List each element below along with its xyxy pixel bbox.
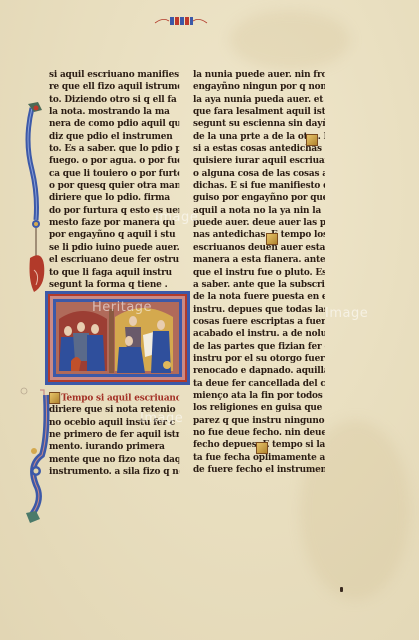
text-line: por engayñno q aquil i stu bbox=[49, 229, 179, 241]
catchword-ornament-icon bbox=[153, 15, 209, 27]
text-line: ne primero de fer aquil istru bbox=[49, 429, 179, 441]
text-line: diriere que si nota retenio bbox=[49, 404, 179, 416]
left-column-text: si aquil escriuano manifiesta re que ell… bbox=[49, 69, 189, 291]
ink-speck bbox=[340, 587, 343, 592]
text-line: instru por el su otorgo fuere bbox=[193, 353, 325, 365]
text-line: nas antedichas. E tempo los bbox=[193, 229, 325, 241]
text-line: aquil a nota no la ya nin la bbox=[193, 205, 325, 217]
paper-stain bbox=[230, 10, 350, 70]
text-line: que el instru fue o pluto. Es bbox=[193, 267, 325, 279]
marginal-vine-lower-icon bbox=[18, 385, 50, 530]
text-line: to que li faga aquil instru bbox=[49, 267, 179, 279]
text-line: o por quesq quier otra mana bbox=[49, 180, 179, 192]
text-line: parez q que instru ninguno bbox=[193, 415, 325, 427]
text-line: puede auer. deue auer las pe bbox=[193, 217, 325, 229]
text-line: guiso por engayñno por que bbox=[193, 192, 325, 204]
text-line: instrumento. a sila fizo q nola bbox=[49, 466, 179, 478]
text-line: de fuere fecho el instrumento bbox=[193, 464, 325, 476]
text-line: diz que pdio el instrumen bbox=[49, 131, 179, 143]
manuscript-page: si aquil escriuano manifiesta re que ell… bbox=[0, 0, 419, 640]
text-line: nera de como pdio aquil qu bbox=[49, 118, 179, 130]
text-line: acabado el instru. a de nolunta bbox=[193, 328, 325, 340]
text-line: engayñno ningun por q non bbox=[193, 81, 325, 93]
text-line: ta deue fer cancellada del co bbox=[193, 378, 325, 390]
text-line: la nunia puede auer. nin fro bbox=[193, 69, 325, 81]
gilded-initial-icon bbox=[266, 233, 278, 245]
text-line: escriuanos deuen auer esta bbox=[193, 242, 325, 254]
text-line: ca que li touiero o por furto. bbox=[49, 168, 179, 180]
gilded-initial-icon bbox=[49, 392, 60, 404]
text-line: instru. depues que todas las bbox=[193, 304, 325, 316]
text-line: se li pdio iuino puede auer. bbox=[49, 242, 179, 254]
text-line: re que ell fizo aquil istrume bbox=[49, 81, 179, 93]
text-line: fuego. o por agua. o por fuer bbox=[49, 155, 179, 167]
text-line: no fue deue fecho. nin deue f bbox=[193, 427, 325, 439]
gilded-initial-icon bbox=[306, 134, 318, 146]
text-line: que fara lesalment aquil isto bbox=[193, 106, 325, 118]
gilded-initial-icon bbox=[256, 442, 268, 454]
right-column-text: la nunia puede auer. nin fro engayñno ni… bbox=[193, 69, 335, 476]
text-line: mesto faze por manera qu bbox=[49, 217, 179, 229]
text-line: no ocebio aquil instu fer c bbox=[49, 417, 179, 429]
text-line: mente que no fizo nota daqil bbox=[49, 454, 179, 466]
rubric-text: Tempo si aquil escriuano bbox=[61, 393, 179, 404]
text-line: de las partes que fizian fer el bbox=[193, 341, 325, 353]
text-line: la aya nunia pueda auer. et bbox=[193, 94, 325, 106]
marginal-vine-upper-icon bbox=[22, 100, 50, 295]
text-line: si aquil escriuano manifiesta bbox=[49, 69, 179, 81]
text-line: to. Diziendo otro si q ell fa bbox=[49, 94, 179, 106]
text-line: diriere que lo pdio. firma bbox=[49, 192, 179, 204]
text-line: renocado e dapnado. aquilla no bbox=[193, 365, 325, 377]
text-line: quisiere iurar aquil escriuano. bbox=[193, 155, 325, 167]
text-line: o alguna cosa de las cosas ate bbox=[193, 168, 325, 180]
text-line: Tempo si aquil escriuano bbox=[49, 392, 179, 404]
text-line: dichas. E si fue manifiesto q ell bbox=[193, 180, 325, 192]
text-line: segunt su escienna sin dayño bbox=[193, 118, 325, 130]
text-line: a saber. ante que la subscripno bbox=[193, 279, 325, 291]
miniature-illustration bbox=[45, 291, 190, 385]
left-column-lower-text: Tempo si aquil escriuano diriere que si … bbox=[49, 392, 189, 478]
text-line: de la nota fuere puesta en el bbox=[193, 291, 325, 303]
text-line: do por furtura q esto es uerdat. bbox=[49, 205, 179, 217]
text-line: manera a esta fianera. ante bbox=[193, 254, 325, 266]
text-line: la nota. mostrando la ma bbox=[49, 106, 179, 118]
text-line: el escriuano deue fer ostrum bbox=[49, 254, 179, 266]
text-line: mienço ata la fin por todos bbox=[193, 390, 325, 402]
text-line: mento. iurando primera bbox=[49, 441, 179, 453]
text-line: segunt la forma q tiene . bbox=[49, 279, 179, 291]
text-line: los religiones en guisa que bbox=[193, 402, 325, 414]
text-line: cosas fuere escriptas a fuere ya bbox=[193, 316, 325, 328]
text-line: to. Es a saber. que lo pdio po: bbox=[49, 143, 179, 155]
